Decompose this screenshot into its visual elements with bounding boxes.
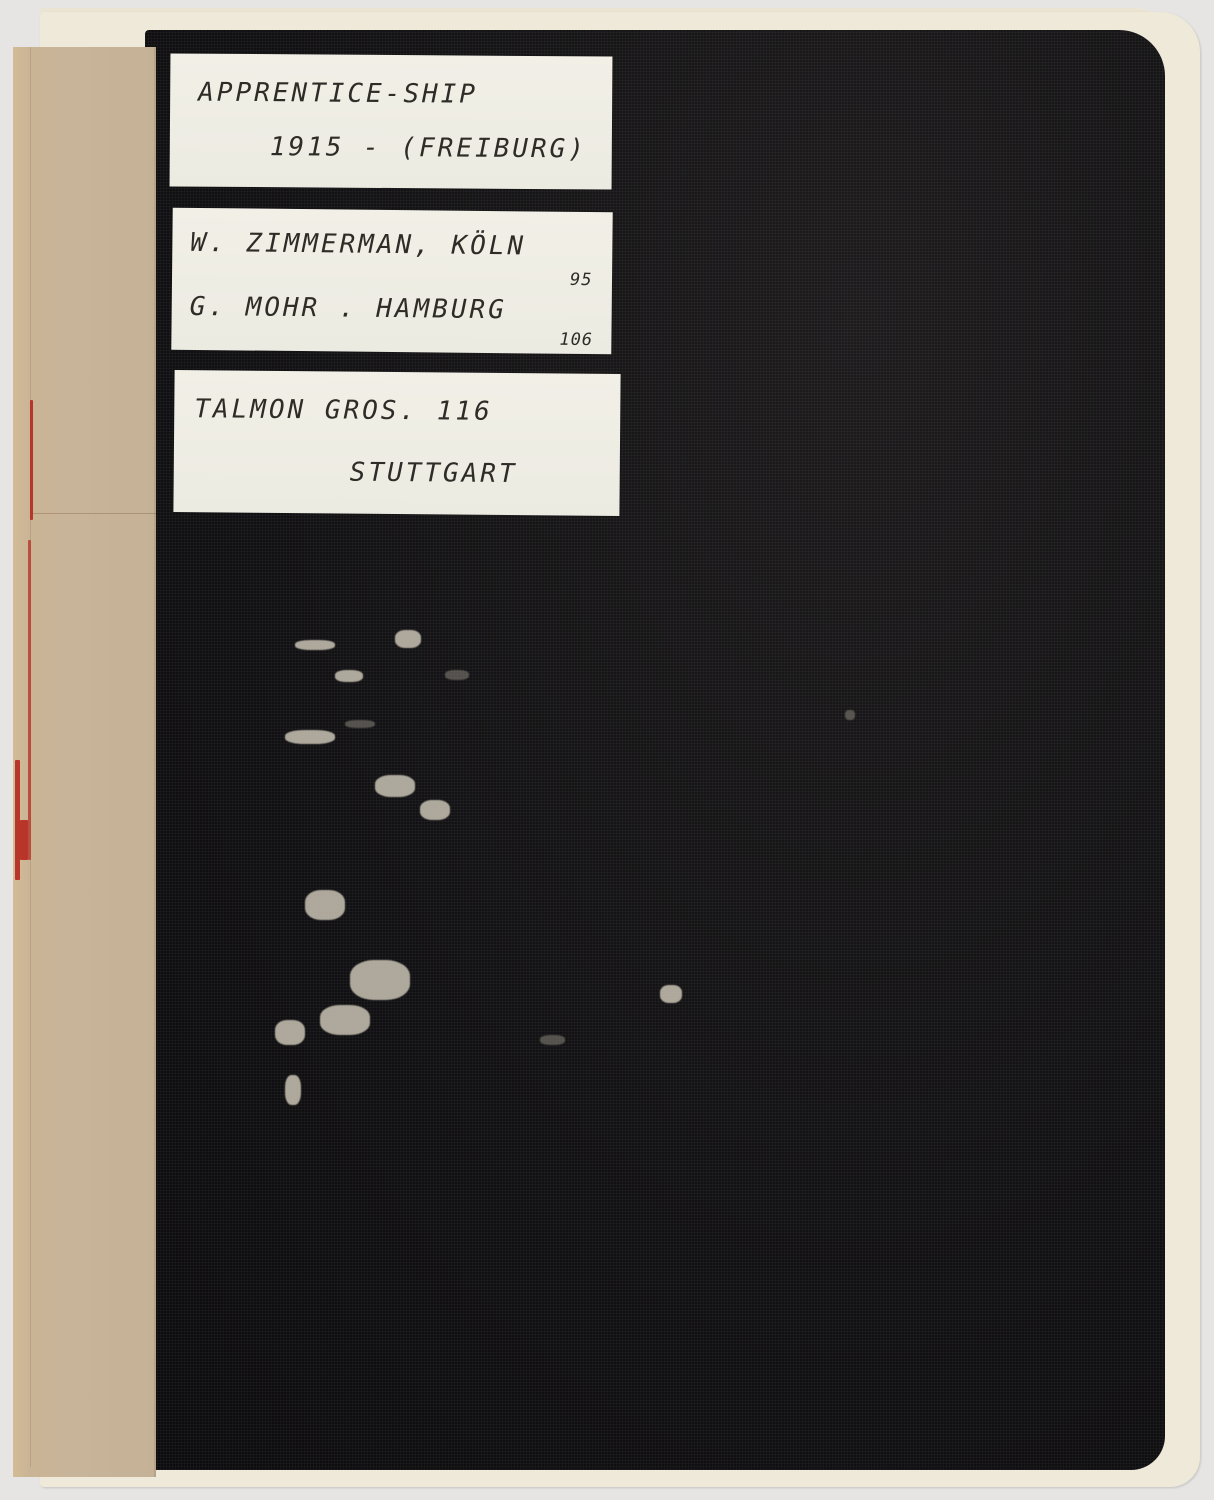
label-number: 106 [559,330,593,350]
wear-spot [275,1020,305,1045]
notebook-photo: APPRENTICE-SHIP 1915 - (FREIBURG) W. ZIM… [0,0,1214,1500]
wear-spot [845,710,855,720]
wear-spot [285,730,335,744]
wear-spot [305,890,345,920]
label-text: G. MOHR . HAMBURG [190,292,507,325]
red-mark [20,820,28,860]
wear-spot [420,800,450,820]
label-talmon-gros: TALMON GROS. 116 STUTTGART [173,370,620,516]
label-number: 95 [570,270,593,290]
spine-tape [13,47,156,1477]
red-mark [30,400,33,520]
label-text: 1915 - (FREIBURG) [270,132,587,164]
wear-spot [395,630,421,648]
wear-spot [375,775,415,797]
wear-spot [335,670,363,682]
label-names-cities: W. ZIMMERMAN, KÖLN 95 G. MOHR . HAMBURG … [171,208,612,355]
wear-spot [350,960,410,1000]
wear-spot [295,640,335,650]
wear-spot [660,985,682,1003]
label-text: APPRENTICE-SHIP [198,78,478,110]
wear-spot [345,720,375,728]
label-text: STUTTGART [350,458,518,489]
wear-spot [445,670,469,680]
label-text: W. ZIMMERMAN, KÖLN [190,228,526,262]
spine-tape-seam [30,513,156,514]
wear-spot [320,1005,370,1035]
label-apprenticeship: APPRENTICE-SHIP 1915 - (FREIBURG) [170,53,613,189]
red-mark [28,540,31,860]
label-text: TALMON GROS. 116 [194,394,493,427]
wear-spot [285,1075,301,1105]
wear-spot [540,1035,565,1045]
